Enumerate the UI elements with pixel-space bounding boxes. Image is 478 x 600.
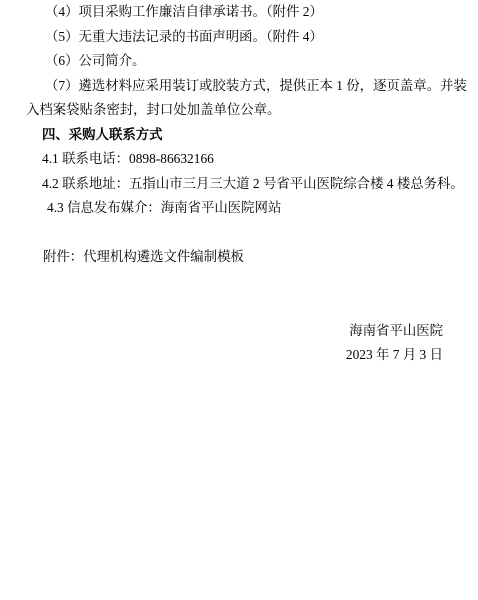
list-item-5: （5）无重大违法记录的书面声明函。（附件 4）: [26, 25, 474, 50]
blank-line: [26, 294, 474, 319]
list-item-7: （7）遴选材料应采用装订或胶装方式，提供正本 1 份，逐页盖章。并装入档案袋贴条…: [26, 74, 474, 123]
signature-org: 海南省平山医院: [26, 319, 443, 344]
section-heading-contact: 四、采购人联系方式: [26, 123, 474, 148]
contact-phone: 4.1 联系电话：0898-86632166: [26, 147, 474, 172]
signature-date: 2023 年 7 月 3 日: [26, 343, 443, 368]
list-item-4: （4）项目采购工作廉洁自律承诺书。（附件 2）: [26, 0, 474, 25]
attachment-line: 附件：代理机构遴选文件编制模板: [26, 245, 474, 270]
blank-line: [26, 270, 474, 295]
contact-media: 4.3 信息发布媒介：海南省平山医院网站: [26, 196, 474, 221]
contact-address: 4.2 联系地址：五指山市三月三大道 2 号省平山医院综合楼 4 楼总务科。: [26, 172, 474, 197]
list-item-6: （6）公司简介。: [26, 49, 474, 74]
blank-line: [26, 221, 474, 246]
signature-block: 海南省平山医院 2023 年 7 月 3 日: [26, 319, 474, 368]
document-page: （4）项目采购工作廉洁自律承诺书。（附件 2） （5）无重大违法记录的书面声明函…: [0, 0, 478, 600]
